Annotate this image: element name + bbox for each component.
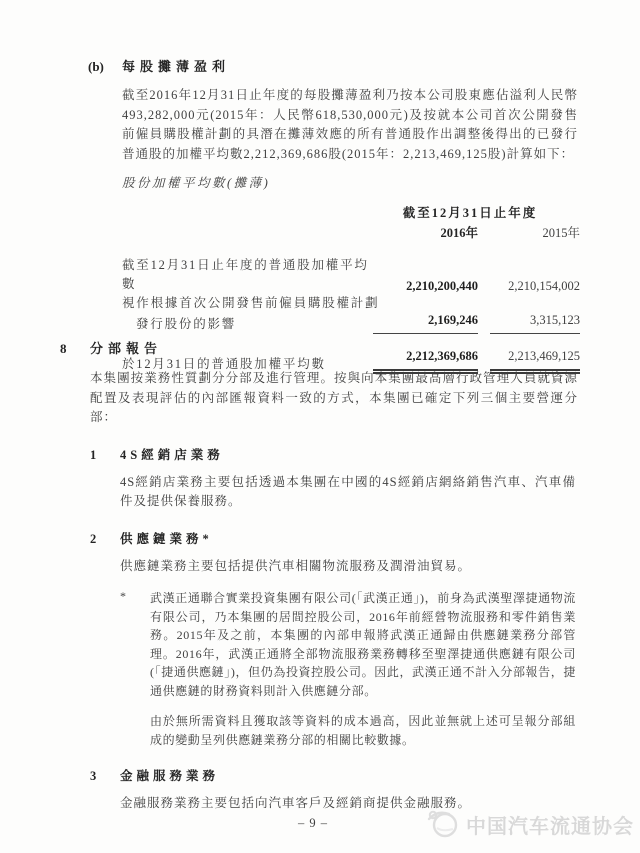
table-row: 視作根據首次公開發售前僱員購股權計劃 [122,294,580,313]
section-b-heading: (b) 每股攤薄盈利 [88,56,580,75]
spacer [122,223,373,241]
footnote-text-2: 由於無所需資料且獲取該等資料的成本過高，因此並無就上述可呈報分部組成的變動呈列供… [150,712,576,749]
subsection-4s-dealership: 1 4S經銷店業務 4S經銷店業務主要包括透過本集團在中國的4S經銷店網絡銷售汽… [90,445,580,512]
footnote: * 武漢正通聯合實業投資集團有限公司(「武漢正通」)，前身為武漢聖澤捷通物流有限… [120,589,576,700]
subsection-body: 供應鏈業務主要包括提供汽車相關物流服務及潤滑油貿易。 [120,557,576,577]
section-diluted-eps: (b) 每股攤薄盈利 截至2016年12月31日止年度的每股攤薄盈利乃按本公司股… [88,56,580,374]
subsection-title: 金融服務業務 [120,766,219,784]
footnote-continued: 由於無所需資料且獲取該等資料的成本過高，因此並無就上述可呈報分部組成的變動呈列供… [120,712,576,749]
value-2015: 3,315,123 [490,313,580,334]
section-8-number: 8 [60,341,90,357]
subsection-heading: 2 供應鏈業務* [90,529,580,547]
footnote-marker-spacer [120,712,150,749]
watermark-text: 中国汽车流通协会 [466,810,634,839]
value-2016: 2,169,246 [373,313,478,334]
table-caption: 股份加權平均數(攤薄) [122,173,580,191]
subsection-body: 4S經銷店業務主要包括透過本集團在中國的4S經銷店網絡銷售汽車、汽車備件及提供保… [120,473,576,512]
section-8-heading: 8 分部報告 [60,338,580,357]
subsection-heading: 3 金融服務業務 [90,766,580,784]
row-label-line2: 發行股份的影響 [122,315,373,334]
section-b-label: (b) [88,59,122,75]
table-header-span: 截至12月31日止年度 [360,203,580,221]
row-label: 截至12月31日止年度的普通股加權平均數 [122,256,373,294]
section-b-title: 每股攤薄盈利 [122,56,230,75]
subsection-number: 1 [90,448,120,463]
value-2015: 2,210,154,002 [490,279,580,294]
table-row: 截至12月31日止年度的普通股加權平均數 2,210,200,440 2,210… [122,256,580,294]
subsection-financial-services: 3 金融服務業務 金融服務業務主要包括向汽車客戶及經銷商提供金融服務。 [90,766,580,814]
row-label-line1: 視作根據首次公開發售前僱員購股權計劃 [122,294,580,313]
section-8-title: 分部報告 [90,338,162,357]
subsection-title: 供應鏈業務* [120,529,213,547]
subsection-title: 4S經銷店業務 [120,445,224,463]
section-b-paragraph: 截至2016年12月31日止年度的每股攤薄盈利乃按本公司股東應佔溢利人民幣493… [122,86,578,164]
column-header-2016: 2016年 [373,223,478,241]
document-page: (b) 每股攤薄盈利 截至2016年12月31日止年度的每股攤薄盈利乃按本公司股… [0,0,640,853]
section-segment-reporting: 8 分部報告 本集團按業務性質劃分分部及進行管理。按與向本集團最高層行政管理人員… [60,338,580,814]
cada-logo-icon [427,808,461,840]
table-year-header-row: 2016年 2015年 [122,223,580,241]
subsection-supply-chain: 2 供應鏈業務* 供應鏈業務主要包括提供汽車相關物流服務及潤滑油貿易。 * 武漢… [90,529,580,750]
subsection-number: 2 [90,532,120,547]
column-header-2015: 2015年 [490,223,580,241]
value-2016: 2,210,200,440 [373,279,478,294]
footnote-text: 武漢正通聯合實業投資集團有限公司(「武漢正通」)，前身為武漢聖澤捷通物流有限公司… [150,589,576,700]
footnote-marker: * [120,589,150,700]
watermark: 中国汽车流通协会 [427,808,634,840]
subsection-heading: 1 4S經銷店業務 [90,445,580,463]
subsection-number: 3 [90,769,120,784]
section-8-intro: 本集團按業務性質劃分分部及進行管理。按與向本集團最高層行政管理人員就資源配置及表… [90,369,578,428]
table-row: 發行股份的影響 2,169,246 3,315,123 [122,313,580,334]
